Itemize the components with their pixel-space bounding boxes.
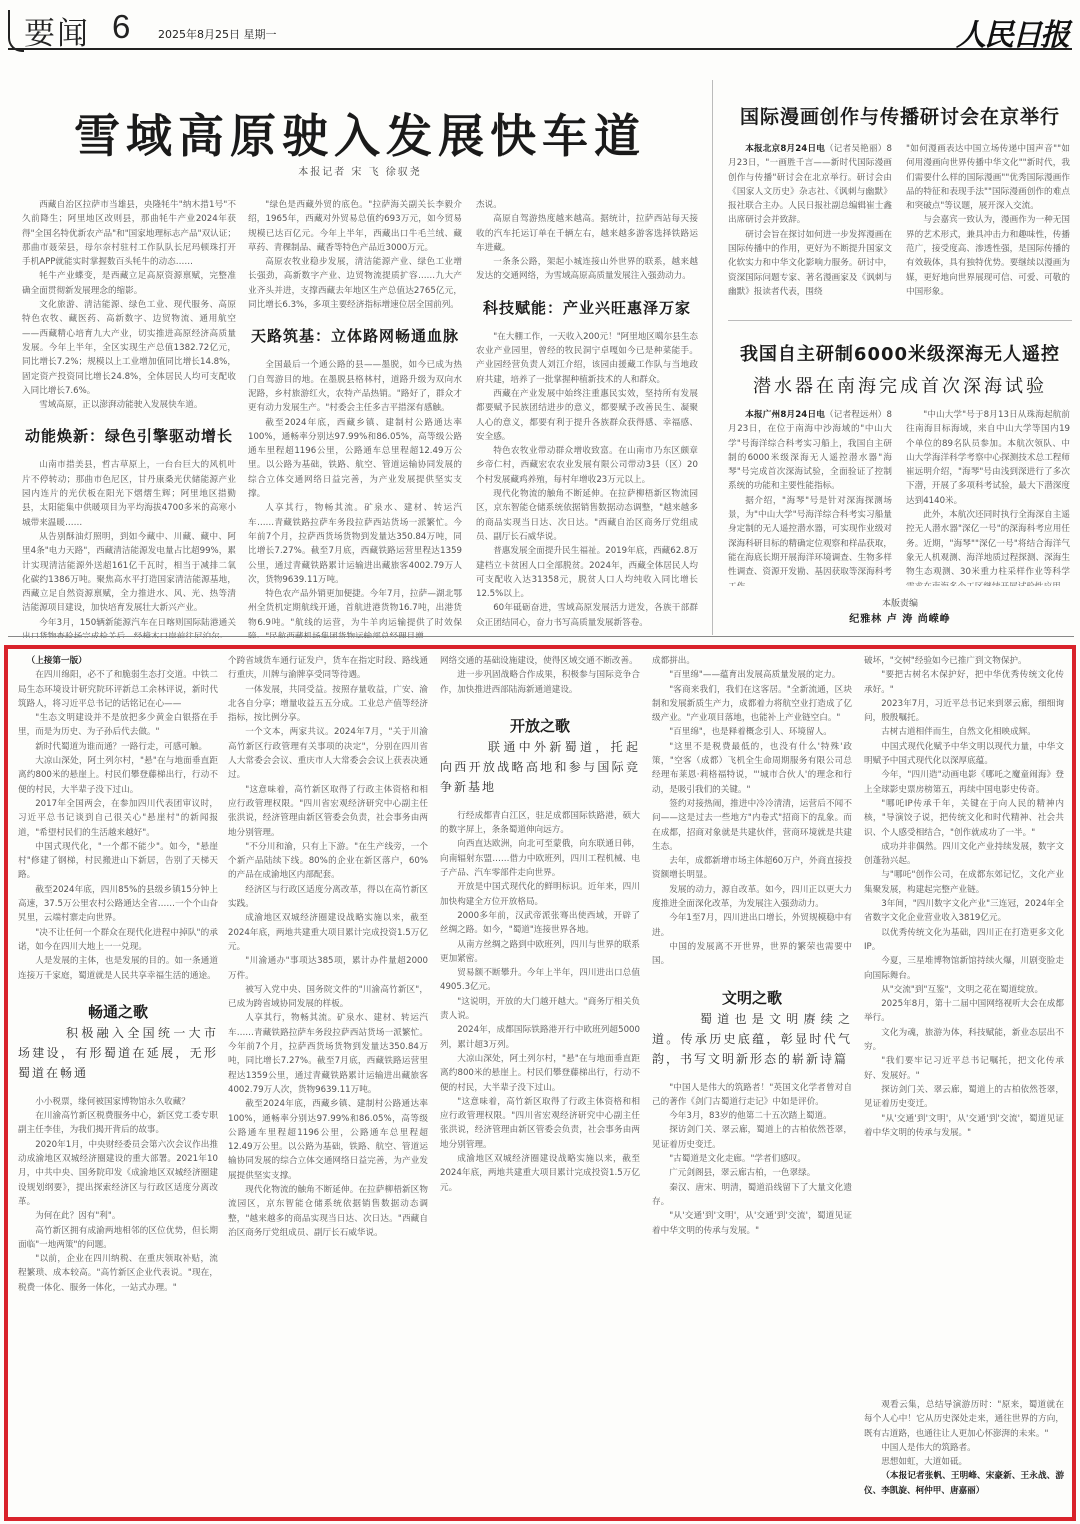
paragraph: 探访剑门关、翠云廊，蜀道上的古柏依然苍翠，见证着历史变迁。	[864, 1083, 1064, 1112]
subsection-heading-connectivity: 畅通之歌 积极融入全国统一大市场建设，有形蜀道在延展，无形蜀道在畅通	[18, 1001, 218, 1083]
comics-article-column-2: "如何漫画表达中国立场传递中国声音""如何用漫画向世界传播中华文化""新时代，我…	[906, 142, 1070, 312]
comics-article-title: 国际漫画创作与传播研讨会在京举行	[720, 102, 1080, 129]
newspaper-logo: 人民日报	[956, 10, 1068, 54]
paragraph: "客商来我们，我们在这客居。"全新流通，区块制和发展新质生产力，成都着力将航空业…	[652, 683, 852, 726]
paragraph: 一体发展，共同受益。按照存量收益，广安、渝北各自分享；增量收益五五分成。工业总产…	[228, 683, 428, 726]
paragraph: 据介绍，"海琴"号是针对深海探测场景，为"中山大学"号海洋综合科考实习船量身定制…	[728, 494, 892, 586]
paragraph: "从'交通'到'文明'，从'交通'到'交流'，蜀道见证着中华文明的传承与发展。"	[864, 1112, 1064, 1141]
dateline: 本报广州8月24日电	[745, 410, 825, 420]
paragraph: 与会嘉宾一致认为，漫画作为一种无国界的艺术形式，兼具冲击力和趣味性，传播范广，接…	[906, 213, 1070, 299]
paragraph: "这里不是税费最低的，也没有什么'特殊'政策，"空客（成都）飞机全生命周期服务有…	[652, 740, 852, 797]
paragraph: 今夏，三星堆博物馆新馆持续火爆，川剧变脸走向国际舞台。	[864, 954, 1064, 983]
paragraph: 普惠发展全面提升民生福祉。2019年底，西藏62.8万建档立卡贫困人口全部脱贫。…	[476, 544, 698, 601]
issue-date: 2025年8月25日 星期一	[158, 26, 277, 42]
paragraph: 从"交流"到"互鉴"，文明之花在蜀道绽放。	[864, 983, 1064, 997]
paragraph: "川渝通办"事项达385项，累计办件量超2000万件。	[228, 954, 428, 983]
feature-column-3: 网络交通的基础设施建设，使得区域交通不断改善。 进一步巩固战略合作成果，积极参与…	[440, 654, 640, 1516]
editors-label: 本版责编	[720, 596, 1080, 612]
paragraph: 从告别酥油灯照明，到如今藏中、川藏、藏中、阿里4条"电力天路"，西藏清洁能源发电…	[22, 530, 236, 616]
paragraph: "如何漫画表达中国立场传递中国声音""如何用漫画向世界传播中华文化""新时代，我…	[906, 142, 1070, 213]
paragraph: 签约对接热闹，推进中冷冷清清，运营后不闻不问——这是过去一些地方"内卷式"招商下…	[652, 797, 852, 854]
paragraph: 成渝地区双城经济圈建设战略实施以来，截至2024年底，两地共建重大项目累计完成投…	[440, 1152, 640, 1195]
paragraph: 网络交通的基础设施建设，使得区域交通不断改善。	[440, 654, 640, 668]
paragraph: 雪域高原，正以澎湃动能驶入发展快车道。	[22, 398, 236, 412]
lead-article-column-1: 西藏自治区拉萨市当雄县，央隆牦牛"纳木措1号"不久前降生；阿里地区改则县，那曲牦…	[22, 198, 236, 638]
paragraph: 一个文本，两家共议。2024年7月，"关于川渝高竹新区行政管理有关事项的决定"，…	[228, 725, 428, 782]
paragraph: 广元剑阁县，翠云廊古柏，一色翠绿。	[652, 1166, 852, 1180]
lead-article-column-3: 杰说。 高原自驾游热度越来越高。据统计，拉萨西站每天接收的汽车托运订单在千辆左右…	[476, 198, 698, 638]
paragraph: 与"哪吒"创作公司，在成都东郊记忆，文化产业集聚发展，构建起完整产业链。	[864, 868, 1064, 897]
paragraph: 思想如虹，大道如砥。	[864, 1455, 1064, 1469]
paragraph: 特色农牧业带动群众增收致富。在山南市乃东区颇章乡帝仁村，西藏宏农农业发展有限公司…	[476, 444, 698, 487]
paragraph: 2000多年前，汉武帝派张骞出使西域，开辟了丝绸之路。如今，"蜀道"连接世界各地…	[440, 909, 640, 938]
lead-article-column-2: "绿色是西藏外贸的底色。"拉萨海关副关长李毅介绍，1965年，西藏对外贸易总值约…	[248, 198, 462, 638]
masthead: 要闻 6 2025年8月25日 星期一 人民日报	[8, 8, 1072, 50]
paragraph: 人享其行，物畅其流。矿泉水、建材、转运汽车……青藏铁路拉萨车务段拉萨西站货场一派…	[228, 1011, 428, 1097]
paragraph: "百里绵"，也是释着概念引人、环境留人。	[652, 725, 852, 739]
paragraph: 山南市措美县，哲古草原上，一台台巨大的风机叶片不停转动；那曲市色尼区，甘丹康桑光…	[22, 458, 236, 529]
submersible-article-column-2: "中山大学"号于8月13日从珠海起航前往南海目标海域，来自中山大学等国内19个单…	[906, 408, 1070, 586]
paragraph: 西藏在产业发展中始终注重惠民实效，坚持所有发展都要赋予民族团结进步的意义，都要赋…	[476, 387, 698, 444]
section-divider	[8, 636, 1074, 637]
submersible-article-column-1: 本报广州8月24日电（记者程远州）8月23日，在位于南海中沙海域的"中山大学"号…	[728, 408, 892, 586]
paragraph: 大凉山深处，阿土列尔村，"悬"在与地面垂直距离约800米的悬崖上。村民们攀登藤梯…	[440, 1052, 640, 1095]
paragraph: 开放是中国式现代化的鲜明标识。近年来，四川加快构建全方位开放格局。	[440, 880, 640, 909]
submersible-title-line-2: 潜水器在南海完成首次深海试验	[720, 372, 1080, 398]
paragraph: 2020年1月，中央财经委员会第六次会议作出推动成渝地区双城经济圈建设的重大部署…	[18, 1138, 218, 1209]
paragraph: 发展的动力，源自改革。如今，四川正以更大力度推进全面深化改革，为发展注入强劲动力…	[652, 883, 852, 912]
paragraph: 进一步巩固战略合作成果，积极参与国际竞争合作，加快推进西部陆海新通道建设。	[440, 668, 640, 697]
paragraph: 新时代蜀道为谁而通？一路行走，可感可触。	[18, 740, 218, 754]
subsection-title: 畅通之歌	[18, 1001, 218, 1023]
paragraph-text: （记者程远州）8月23日，在位于南海中沙海域的"中山大学"号海洋综合科考实习船上…	[728, 410, 892, 491]
paragraph: 2023年7月，习近平总书记来到翠云廊，细细询问，殷殷嘱托。	[864, 697, 1064, 726]
paragraph: 2024年，成都国际铁路港开行中欧班列超5000列，累计超3万列。	[440, 1023, 640, 1052]
paragraph: 此外，本航次还同时执行全海深自主遥控无人潜水器"深亿一号"的深海科考应用任务。近…	[906, 508, 1070, 586]
paragraph: 被写入党中央、国务院文件的"川渝高竹新区"，已成为跨省域协同发展的样板。	[228, 983, 428, 1012]
continued-from-front-page-label: （上接第一版）	[18, 654, 218, 668]
paragraph: "中山大学"号于8月13日从珠海起航前往南海目标海域，来自中山大学等国内19个单…	[906, 408, 1070, 508]
subsection-subtitle: 蜀道也是文明赓续之道。传承历史底蕴，彰显时代气韵，书写文明新形态的崭新诗篇	[652, 1009, 852, 1069]
paragraph: 破坏，"交树"经验如今已推广到文物保护。	[864, 654, 1064, 668]
paragraph: 今年3月，150辆新能源汽车在日喀则国际陆港通关出口货物查验场完成检关后，经樟木…	[22, 616, 236, 638]
paragraph: 特色农产品外销更加便捷。今年7月，拉萨—湖北鄂州全货机定期航线开通，首航进港货物…	[248, 587, 462, 638]
paragraph: 中国式现代化，"一个都不能少"。如今，"悬崖村"修建了钢梯，村民搬进山下新居，告…	[18, 840, 218, 883]
paragraph: 2017年全国两会，在参加四川代表团审议时，习近平总书记谈到自己很关心"悬崖村"…	[18, 797, 218, 840]
paragraph: 中国的发展离不开世界，世界的繁荣也需要中国。	[652, 940, 852, 969]
paragraph: 全国最后一个通公路的县——墨脱，如今已成为热门自驾游目的地。在墨脱县格林村，道路…	[248, 358, 462, 415]
paragraph: "从'交通'到'文明'，从'交通'到'交流'，蜀道见证着中华文明的传承与发展。"	[652, 1209, 852, 1238]
paragraph: "中国人是伟大的筑路者！"英国文化学者曾对自己的著作《剑门古蜀道行走记》中如是评…	[652, 1081, 852, 1110]
page-number: 6	[112, 8, 130, 46]
masthead-bracket	[8, 10, 24, 52]
paragraph-text: （记者吴艳丽）8月23日，"一画胜千言——新时代国际漫画创作与传播"研讨会在北京…	[728, 144, 892, 225]
subsection-title: 文明之歌	[652, 987, 852, 1009]
subsection-subtitle: 积极融入全国统一大市场建设，有形蜀道在延展，无形蜀道在畅通	[18, 1023, 218, 1083]
paragraph: 现代化物流的触角不断延伸。在拉萨柳梧新区物流园区，京东智能仓储系统依据销售数据动…	[228, 1183, 428, 1240]
subsection-heading-civilization: 文明之歌 蜀道也是文明赓续之道。传承历史底蕴，彰显时代气韵，书写文明新形态的崭新…	[652, 987, 852, 1069]
paragraph: 个跨省域货车通行证发户，货车在指定时段、路线通行重庆，川牌与渝牌享受同等待遇。	[228, 654, 428, 683]
paragraph: 研讨会旨在探讨如何进一步发挥漫画在国际传播中的作用，更好为不断提升国家文化软实力…	[728, 228, 892, 299]
paragraph: 高原农牧业稳步发展，清洁能源产业、绿色工业增长强劲，高新数字产业、边贸物流提质扩…	[248, 255, 462, 312]
paragraph: "百里绵"——蕴育出发展高质量发展的定力。	[652, 668, 852, 682]
paragraph: 高竹新区拥有成渝两地相邻的区位优势，但长期面临"一地两策"的问题。	[18, 1224, 218, 1253]
paragraph: "古蜀道是文化走廊。"学者们感叹。	[652, 1152, 852, 1166]
paragraph: 秦汉、唐宋、明清，蜀道沿线留下了大量文化遗存。	[652, 1181, 852, 1210]
paragraph: "绿色是西藏外贸的底色。"拉萨海关副关长李毅介绍，1965年，西藏对外贸易总值约…	[248, 198, 462, 255]
paragraph: "决不让任何一个群众在现代化进程中掉队"的承诺，如今在四川大地上一一兑现。	[18, 926, 218, 955]
paragraph: 成渝地区双城经济圈建设战略实施以来，截至2024年底，两地共建重大项目累计完成投…	[228, 911, 428, 954]
paragraph: 成功并非偶然。四川文化产业持续发展，数字文创蓬勃兴起。	[864, 840, 1064, 869]
dateline: 本报北京8月24日电	[745, 144, 825, 154]
paragraph: 牦牛产业蝶变，是西藏立足高原资源禀赋，完整准确全面贯彻新发展理念的缩影。	[22, 269, 236, 298]
comics-article-column-1: 本报北京8月24日电（记者吴艳丽）8月23日，"一画胜千言——新时代国际漫画创作…	[728, 142, 892, 312]
paragraph: 小小税票，缘何被国家博物馆永久收藏？	[18, 1095, 218, 1109]
page-editors: 本版责编 纪雅林 卢 涛 尚嵘峥	[720, 596, 1080, 628]
paragraph: 古树古道相伴而生，自然文化相映成辉。	[864, 725, 1064, 739]
paragraph: 杰说。	[476, 198, 698, 212]
subsection-title: 开放之歌	[440, 715, 640, 737]
paragraph: "这说明，开放的大门越开越大。"商务厅相关负责人说。	[440, 995, 640, 1024]
paragraph: 截至2024年底，四川85%的县级乡镇15分钟上高速，37.5万公里农村公路通达…	[18, 883, 218, 926]
paragraph: "以前，企业在四川纳税、在重庆领取补贴，流程繁琐、成本较高。"高竹新区企业代表说…	[18, 1252, 218, 1295]
lead-article-title: 雪域高原驶入发展快车道	[0, 100, 720, 166]
subsection-subtitle: 联通中外新蜀道，托起向西开放战略高地和参与国际竞争新基地	[440, 737, 640, 797]
paragraph: 高原自驾游热度越来越高。据统计，拉萨西站每天接收的汽车托运订单在千辆左右，越来越…	[476, 212, 698, 255]
paragraph: 今年，"四川造"动画电影《哪吒之魔童闹海》登上全球影史票房榜第五，再续中国电影史…	[864, 768, 1064, 797]
paragraph: "哪吒IP传承千年，关键在于向人民的精神内核，"导演饺子说，把传统文化和时代精神…	[864, 797, 1064, 840]
paragraph: "这意味着，高竹新区取得了行政主体资格和相应行政管理权限。"四川省宏观经济研究中…	[440, 1095, 640, 1152]
lead-article-byline: 本报记者 宋 飞 徐驭尧	[0, 163, 720, 178]
paragraph: 成都拼出。	[652, 654, 852, 668]
paragraph: 观看云集，总结导演游历时："原来，蜀道就在每个人心中！它从历史深处走来，通往世界…	[864, 1398, 1064, 1441]
paragraph: "在大棚工作，一天收入200元！"阿里地区噶尔县生态农业产业园里，曾经的牧民洞宁…	[476, 330, 698, 387]
paragraph: 60年砥砺奋进，雪域高原发展活力迸发，各族干部群众正团结同心，奋力书写高质量发展…	[476, 601, 698, 630]
paragraph: "这意味着，高竹新区取得了行政主体资格和相应行政管理权限。"四川省宏观经济研究中…	[228, 783, 428, 840]
paragraph: 为何在此？因有"利"。	[18, 1209, 218, 1223]
paragraph: 3年间，"四川数字文化产业"三连冠，2024年全省数字文化企业营业收入3819亿…	[864, 897, 1064, 926]
paragraph: 今年1至7月，四川进出口增长，外贸规模稳中有进。	[652, 911, 852, 940]
paragraph: 探访剑门关、翠云廊，蜀道上的古柏依然苍翠，见证着历史变迁。	[652, 1123, 852, 1152]
paragraph: 去年，成都新增市场主体超60万户，外商直接投资额增长明显。	[652, 854, 852, 883]
paragraph: "要把古树名木保护好，把中华优秀传统文化传承好。"	[864, 668, 1064, 697]
paragraph: 2025年8月，第十二届中国网络视听大会在成都举行。	[864, 997, 1064, 1026]
paragraph: "不分川和渝，只有上下游。"在生产线旁，一个个新产品陆续下线。80%的企业在新区…	[228, 840, 428, 883]
subsection-heading-openness: 开放之歌 联通中外新蜀道，托起向西开放战略高地和参与国际竞争新基地	[440, 715, 640, 797]
paragraph: 中国人是伟大的筑路者。	[864, 1441, 1064, 1455]
paragraph: 在川渝高竹新区税费服务中心，新区党工委专职副主任李佳，为我们揭开背后的故事。	[18, 1109, 218, 1138]
paragraph: 经济区与行政区适度分离改革，得以在高竹新区实践。	[228, 883, 428, 912]
section-heading-green-engine: 动能焕新：绿色引擎驱动增长	[22, 426, 236, 446]
paragraph: 人是发展的主体，也是发展的目的。如一条通道连接万千家庭，蜀道就是人民共享幸福生活…	[18, 954, 218, 983]
feature-column-2: 个跨省域货车通行证发户，货车在指定时段、路线通行重庆，川牌与渝牌享受同等待遇。 …	[228, 654, 428, 1516]
paragraph: "生态文明建设并不是放把多少黄金白银搭在手里，而是为历史、为子孙后代去做。"	[18, 711, 218, 740]
paragraph: 截至2024年底，西藏乡镇、建制村公路通达率100%，通畅率分别达97.99%和…	[228, 1097, 428, 1183]
paragraph: "我们要牢记习近平总书记嘱托，把文化传承好、发展好。"	[864, 1054, 1064, 1083]
paragraph: 向西直达欧洲，向北可至蒙俄，向东联通日韩，向南辐射东盟……借力中欧班列，四川工程…	[440, 837, 640, 880]
paragraph: 在四川绵阳，必不了和脆弱生态打交道。中铁二局生态环境设计研究院环评新总工余林评说…	[18, 668, 218, 711]
submersible-title-line-1: 我国自主研制6000米级深海无人遥控	[720, 340, 1080, 366]
paragraph: 以优秀传统文化为基础，四川正在打造更多文化IP。	[864, 926, 1064, 955]
paragraph: 大凉山深处，阿土列尔村，"悬"在与地面垂直距离约800米的悬崖上。村民们攀登藤梯…	[18, 754, 218, 797]
section-heading-technology: 科技赋能：产业兴旺惠泽万家	[476, 298, 698, 318]
paragraph: 截至2024年底，西藏乡镇、建制村公路通达率100%，通畅率分别达97.99%和…	[248, 416, 462, 502]
article-divider	[728, 320, 1072, 321]
feature-column-1: （上接第一版） 在四川绵阳，必不了和脆弱生态打交道。中铁二局生态环境设计研究院环…	[18, 654, 218, 1516]
feature-column-5: 破坏，"交树"经验如今已推广到文物保护。 "要把古树名木保护好，把中华优秀传统文…	[864, 654, 1064, 1516]
paragraph: 文化为魂，旅游为体，科技赋能，新业态层出不穷。	[864, 1026, 1064, 1055]
section-name: 要闻	[24, 8, 90, 53]
paragraph: 从南方丝绸之路到中欧班列，四川与世界的联系更加紧密。	[440, 938, 640, 967]
paragraph: 行经成都青白江区，驻足成都国际铁路港，硕大的数字屏上，条条蜀道伸向远方。	[440, 809, 640, 838]
paragraph: 贸易额不断攀升。今年上半年，四川进出口总值4905.3亿元。	[440, 966, 640, 995]
paragraph: 人享其行，物畅其流。矿泉水、建材、转运汽车……青藏铁路拉萨车务段拉萨西站货场一派…	[248, 501, 462, 587]
paragraph: 现代化物流的触角不断延伸。在拉萨柳梧新区物流园区，京东智能仓储系统依据销售数据动…	[476, 487, 698, 544]
section-heading-road-network: 天路筑基：立体路网畅通血脉	[248, 326, 462, 346]
paragraph: 今年3月，83岁的他第二十五次踏上蜀道。	[652, 1109, 852, 1123]
column-divider	[712, 80, 713, 635]
reporter-credit: （本报记者张帆、王明峰、宋豪新、王永战、游仪、李凯旋、柯仲甲、唐嘉丽）	[864, 1469, 1064, 1498]
paragraph: 文化旅游、清洁能源、绿色工业、现代服务、高原特色农牧、藏医药、高新数字、边贸物流…	[22, 298, 236, 398]
paragraph: 西藏自治区拉萨市当雄县，央隆牦牛"纳木措1号"不久前降生；阿里地区改则县，那曲牦…	[22, 198, 236, 269]
editors-names: 纪雅林 卢 涛 尚嵘峥	[720, 612, 1080, 628]
paragraph: 一条条公路，架起小城连接山外世界的联系，越来越发达的交通网络，为雪域高原高质量发…	[476, 255, 698, 284]
paragraph: 中国式现代化赋予中华文明以现代力量，中华文明赋予中国式现代化以深厚底蕴。	[864, 740, 1064, 769]
feature-column-4: 成都拼出。 "百里绵"——蕴育出发展高质量发展的定力。 "客商来我们，我们在这客…	[652, 654, 852, 1516]
